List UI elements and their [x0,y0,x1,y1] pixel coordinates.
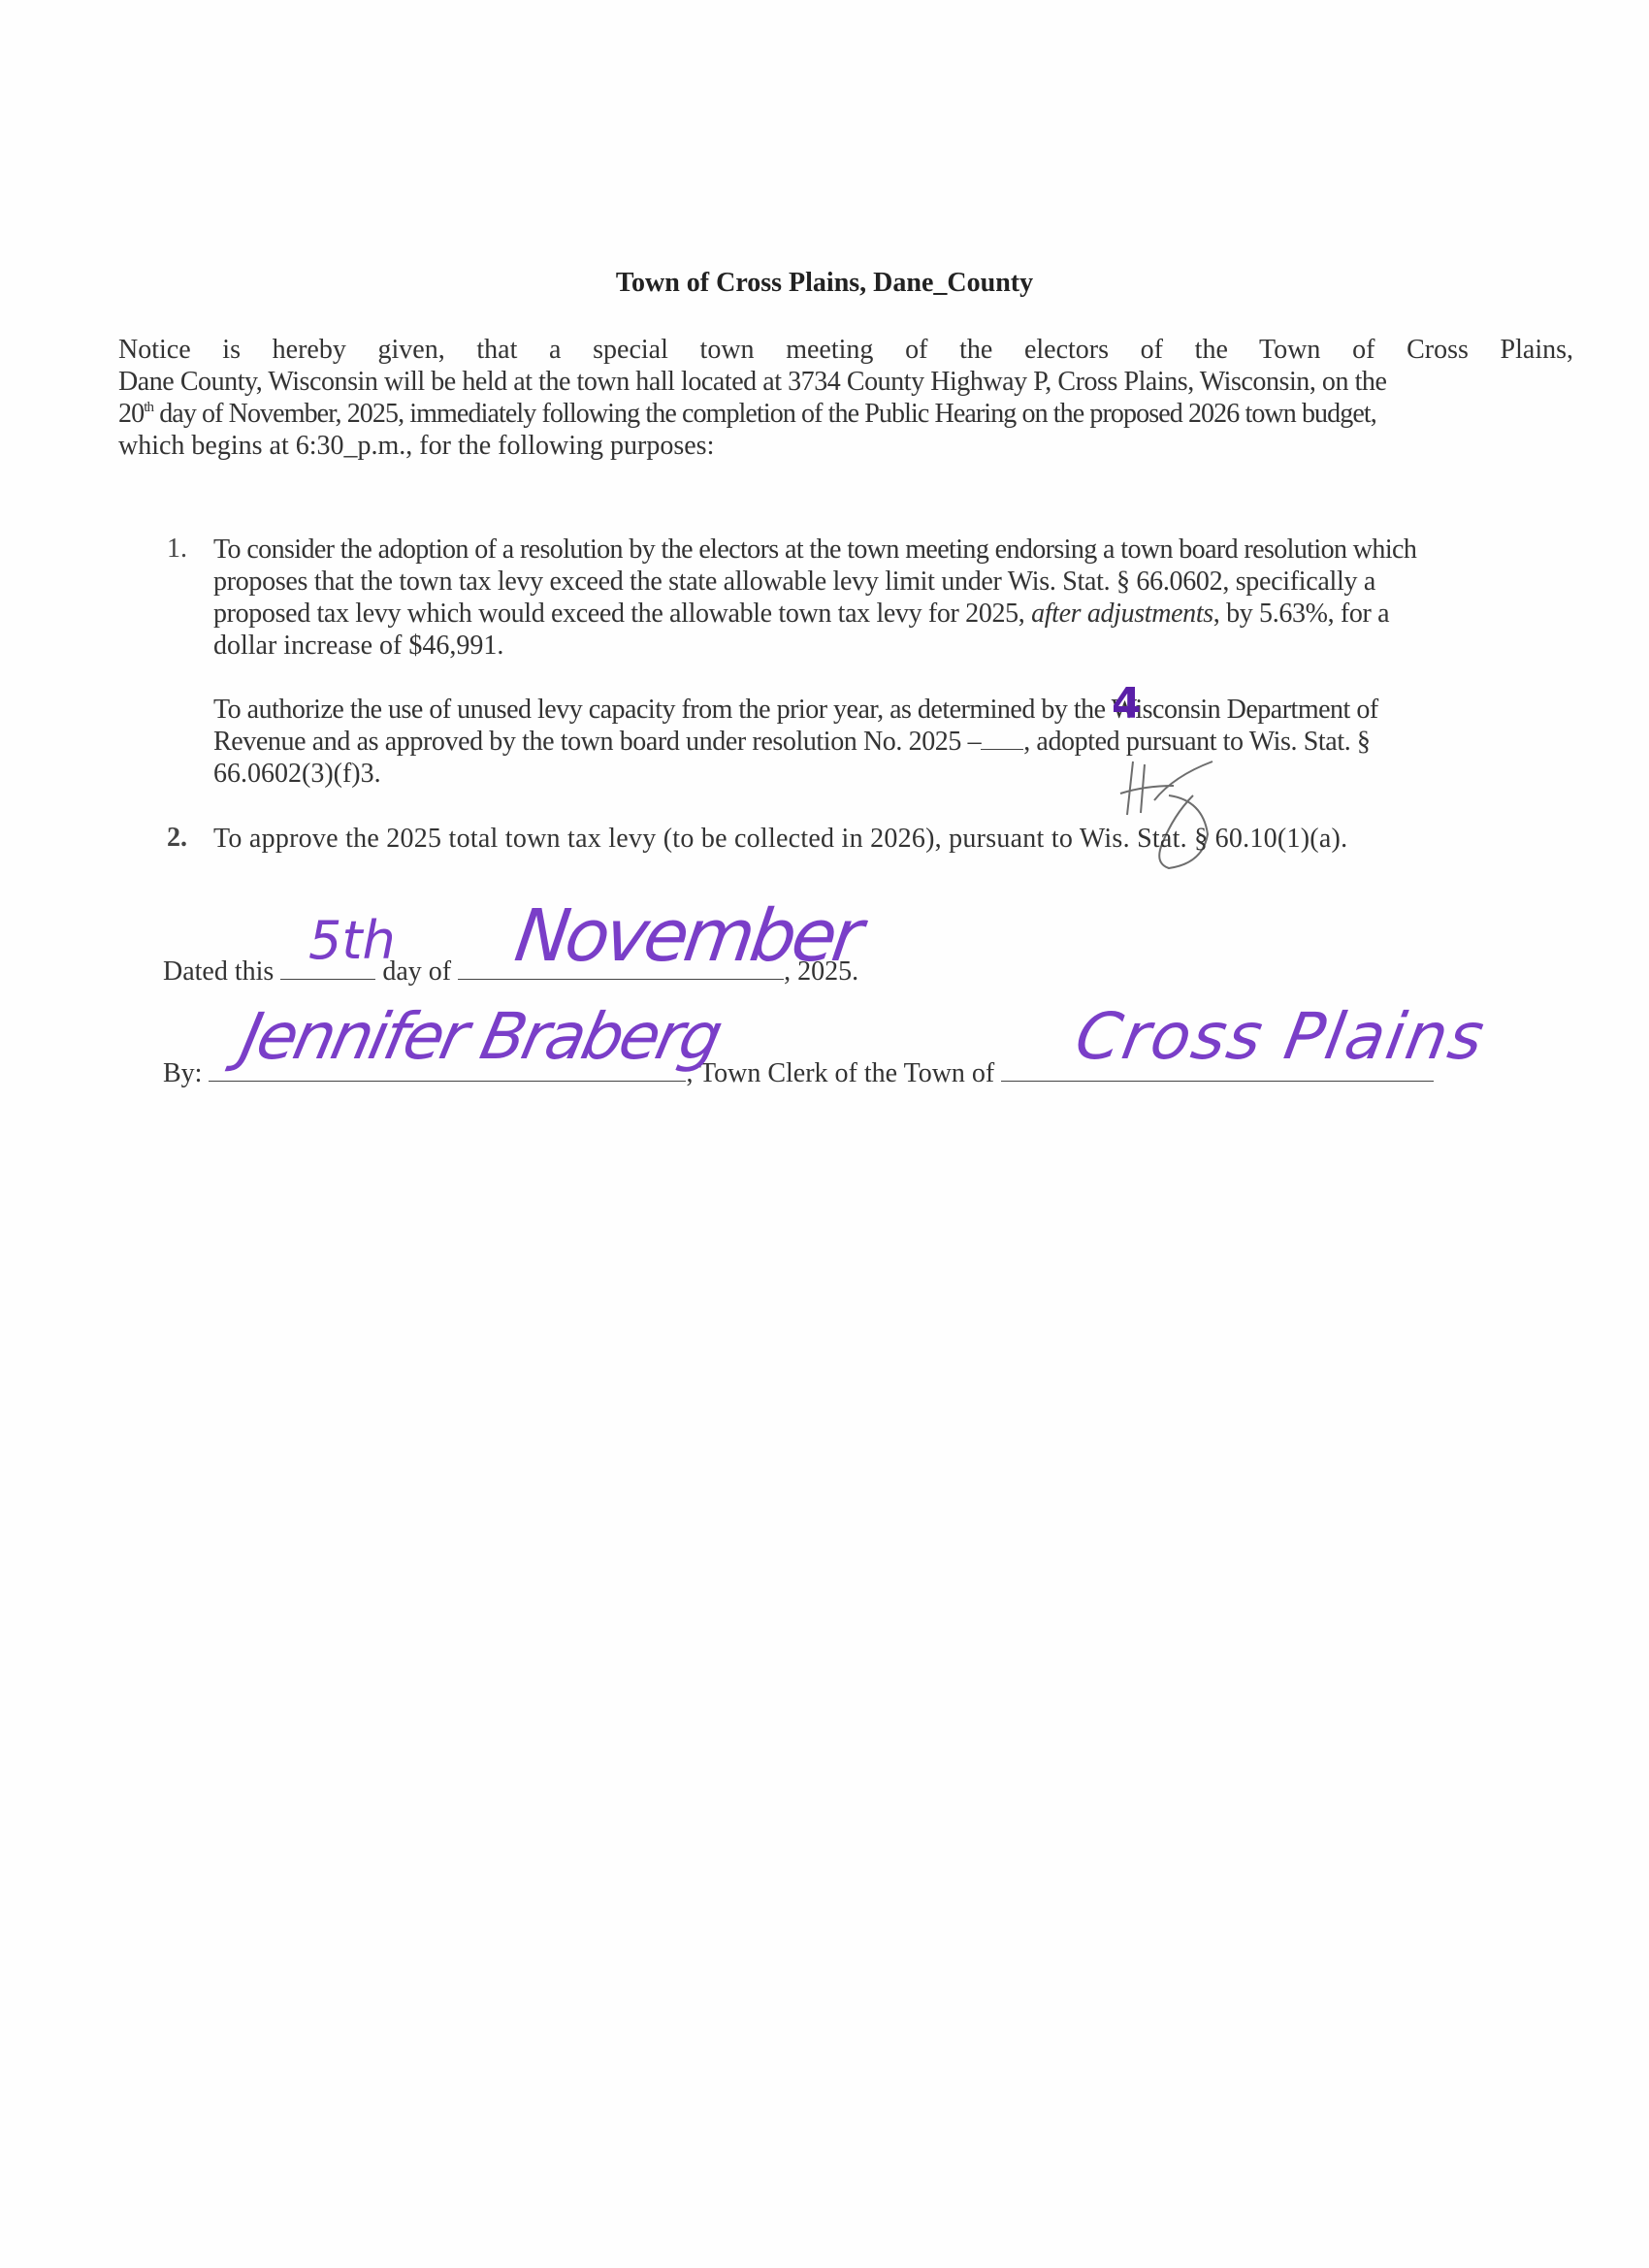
item-2-text: To approve the 2025 total town tax levy … [213,823,1571,855]
notice-line-4: which begins at 6:30_p.m., for the follo… [118,430,1573,462]
by-middle: , Town Clerk of the Town of [686,1058,994,1088]
handwritten-day: 5th [308,910,396,971]
initials-scribble-icon [1115,757,1251,873]
resolution-number-blank [981,726,1023,750]
item-1-line-3: proposed tax levy which would exceed the… [213,598,1571,630]
notice-line-1: Notice is hereby given, that a special t… [118,334,1573,366]
pencil-initials-mark [1115,757,1251,873]
clerk-signature: Jennifer Braberg [235,999,727,1074]
by-prefix: By: [163,1058,202,1088]
handwritten-resolution-number: 4 [1112,679,1142,729]
handwritten-town-name: Cross Plains [1070,999,1491,1074]
item-1-text: To consider the adoption of a resolution… [213,534,1571,662]
sub-line-1: To authorize the use of unused levy capa… [213,694,1571,726]
item-1-number: 1. [167,534,187,565]
document-page: Town of Cross Plains, Dane_County Notice… [0,0,1649,2268]
notice-line-3-text: day of November, 2025, immediately follo… [159,399,1376,429]
item-1-line-4: dollar increase of $46,991. [213,630,1571,662]
meeting-day: 20 [118,399,144,429]
notice-paragraph: Notice is hereby given, that a special t… [118,334,1573,462]
item-1-sub-paragraph: To authorize the use of unused levy capa… [213,694,1571,790]
item-2-number: 2. [167,823,187,854]
notice-line-3: 20th day of November, 2025, immediately … [118,398,1573,430]
sub-line-2: Revenue and as approved by the town boar… [213,726,1571,758]
notice-line-2: Dane County, Wisconsin will be held at t… [118,366,1573,398]
document-title: Town of Cross Plains, Dane_County [0,268,1649,299]
item-1-line-1: To consider the adoption of a resolution… [213,534,1571,566]
after-adjustments-emphasis: after adjustments [1031,599,1213,629]
sub-line-3: 66.0602(3)(f)3. [213,758,1571,790]
item-1-line-2: proposes that the town tax levy exceed t… [213,566,1571,598]
meeting-day-suffix: th [144,400,153,415]
handwritten-month: November [510,894,864,978]
dated-prefix: Dated this [163,956,274,987]
